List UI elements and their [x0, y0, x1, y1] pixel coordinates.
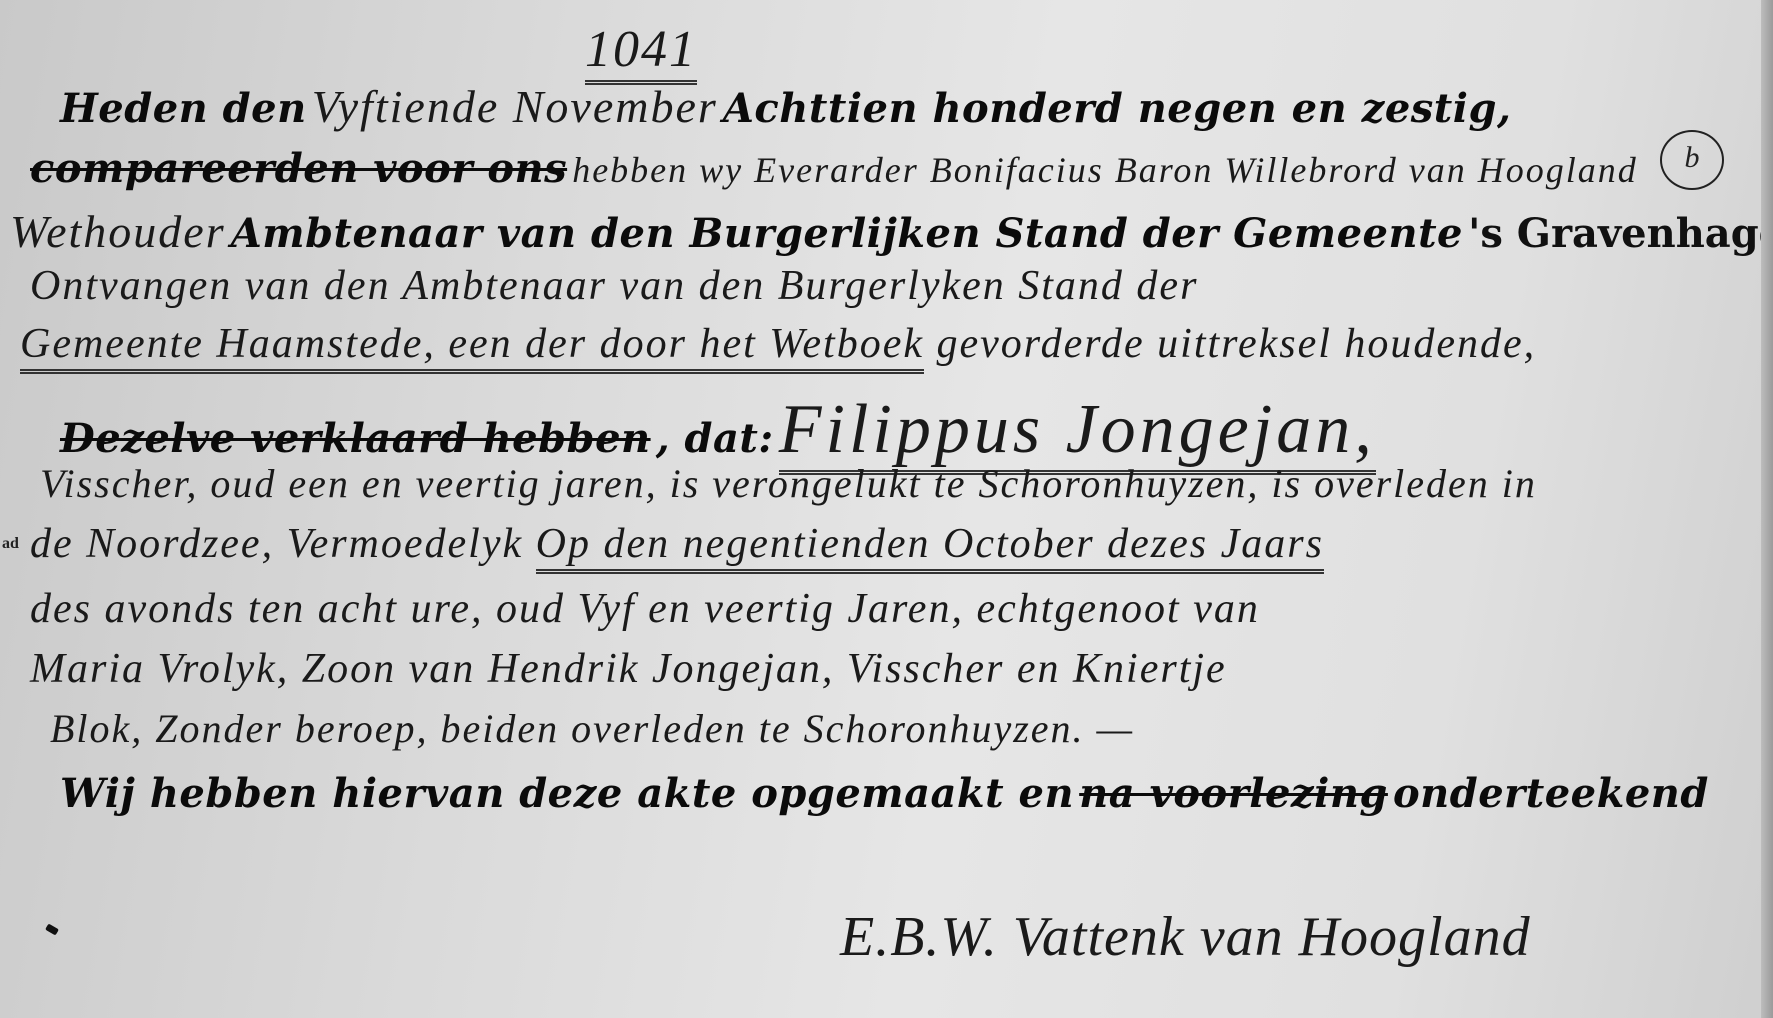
official-signature: E.B.W. Vattenk van Hoogland: [840, 905, 1531, 969]
record-number: 1041: [585, 20, 697, 79]
line-11: Blok, Zonder beroep, beiden overleden te…: [50, 705, 1134, 752]
line-10: Maria Vrolyk, Zoon van Hendrik Jongejan,…: [30, 645, 1227, 693]
struck-printed-text: compareerden voor ons: [30, 145, 567, 192]
printed-dat: , dat:: [656, 415, 774, 462]
circled-mark: b: [1660, 130, 1724, 190]
page-edge: [1761, 0, 1773, 1018]
printed-year: Achttien honderd negen en zestig,: [723, 85, 1511, 132]
printed-text: Wij hebben hiervan deze akte opgemaakt e…: [60, 770, 1074, 817]
printed-text: Heden den: [60, 85, 307, 132]
line-7: Visscher, oud een en veertig jaren, is v…: [40, 460, 1537, 507]
line-6: Dezelve verklaard hebben , dat: Filippus…: [60, 390, 1376, 470]
handwritten-title: Wethouder: [10, 206, 226, 257]
municipality-name: 's Gravenhage,: [1468, 210, 1773, 257]
margin-marker: ad: [2, 535, 19, 553]
civil-record-page: 1041 Heden den Vyftiende November Achtti…: [0, 0, 1773, 1018]
line-2: compareerden voor ons hebben wy Everarde…: [30, 145, 1638, 192]
line-5: Gemeente Haamstede, een der door het Wet…: [20, 320, 1536, 368]
line-12: Wij hebben hiervan deze akte opgemaakt e…: [60, 770, 1709, 817]
printed-signed: onderteekend: [1393, 770, 1709, 817]
struck-printed-text: Dezelve verklaard hebben: [60, 415, 651, 462]
date-of-death: Op den negentienden October dezes Jaars: [536, 521, 1324, 574]
handwritten-official: hebben wy Everarder Bonifacius Baron Wil…: [572, 150, 1638, 190]
line-1: Heden den Vyftiende November Achttien ho…: [60, 80, 1511, 133]
line-8: de Noordzee, Vermoedelyk Op den negentie…: [30, 520, 1324, 568]
line-9: des avonds ten acht ure, oud Vyf en veer…: [30, 585, 1260, 633]
printed-text: Ambtenaar van den Burgerlijken Stand der…: [231, 210, 1463, 257]
line-3: Wethouder Ambtenaar van den Burgerlijken…: [10, 205, 1773, 258]
line-4: Ontvangen van den Ambtenaar van den Burg…: [30, 262, 1198, 310]
ink-speck: [45, 923, 59, 935]
handwritten-date: Vyftiende November: [312, 81, 718, 132]
struck-printed-text: na voorlezing: [1079, 770, 1388, 817]
